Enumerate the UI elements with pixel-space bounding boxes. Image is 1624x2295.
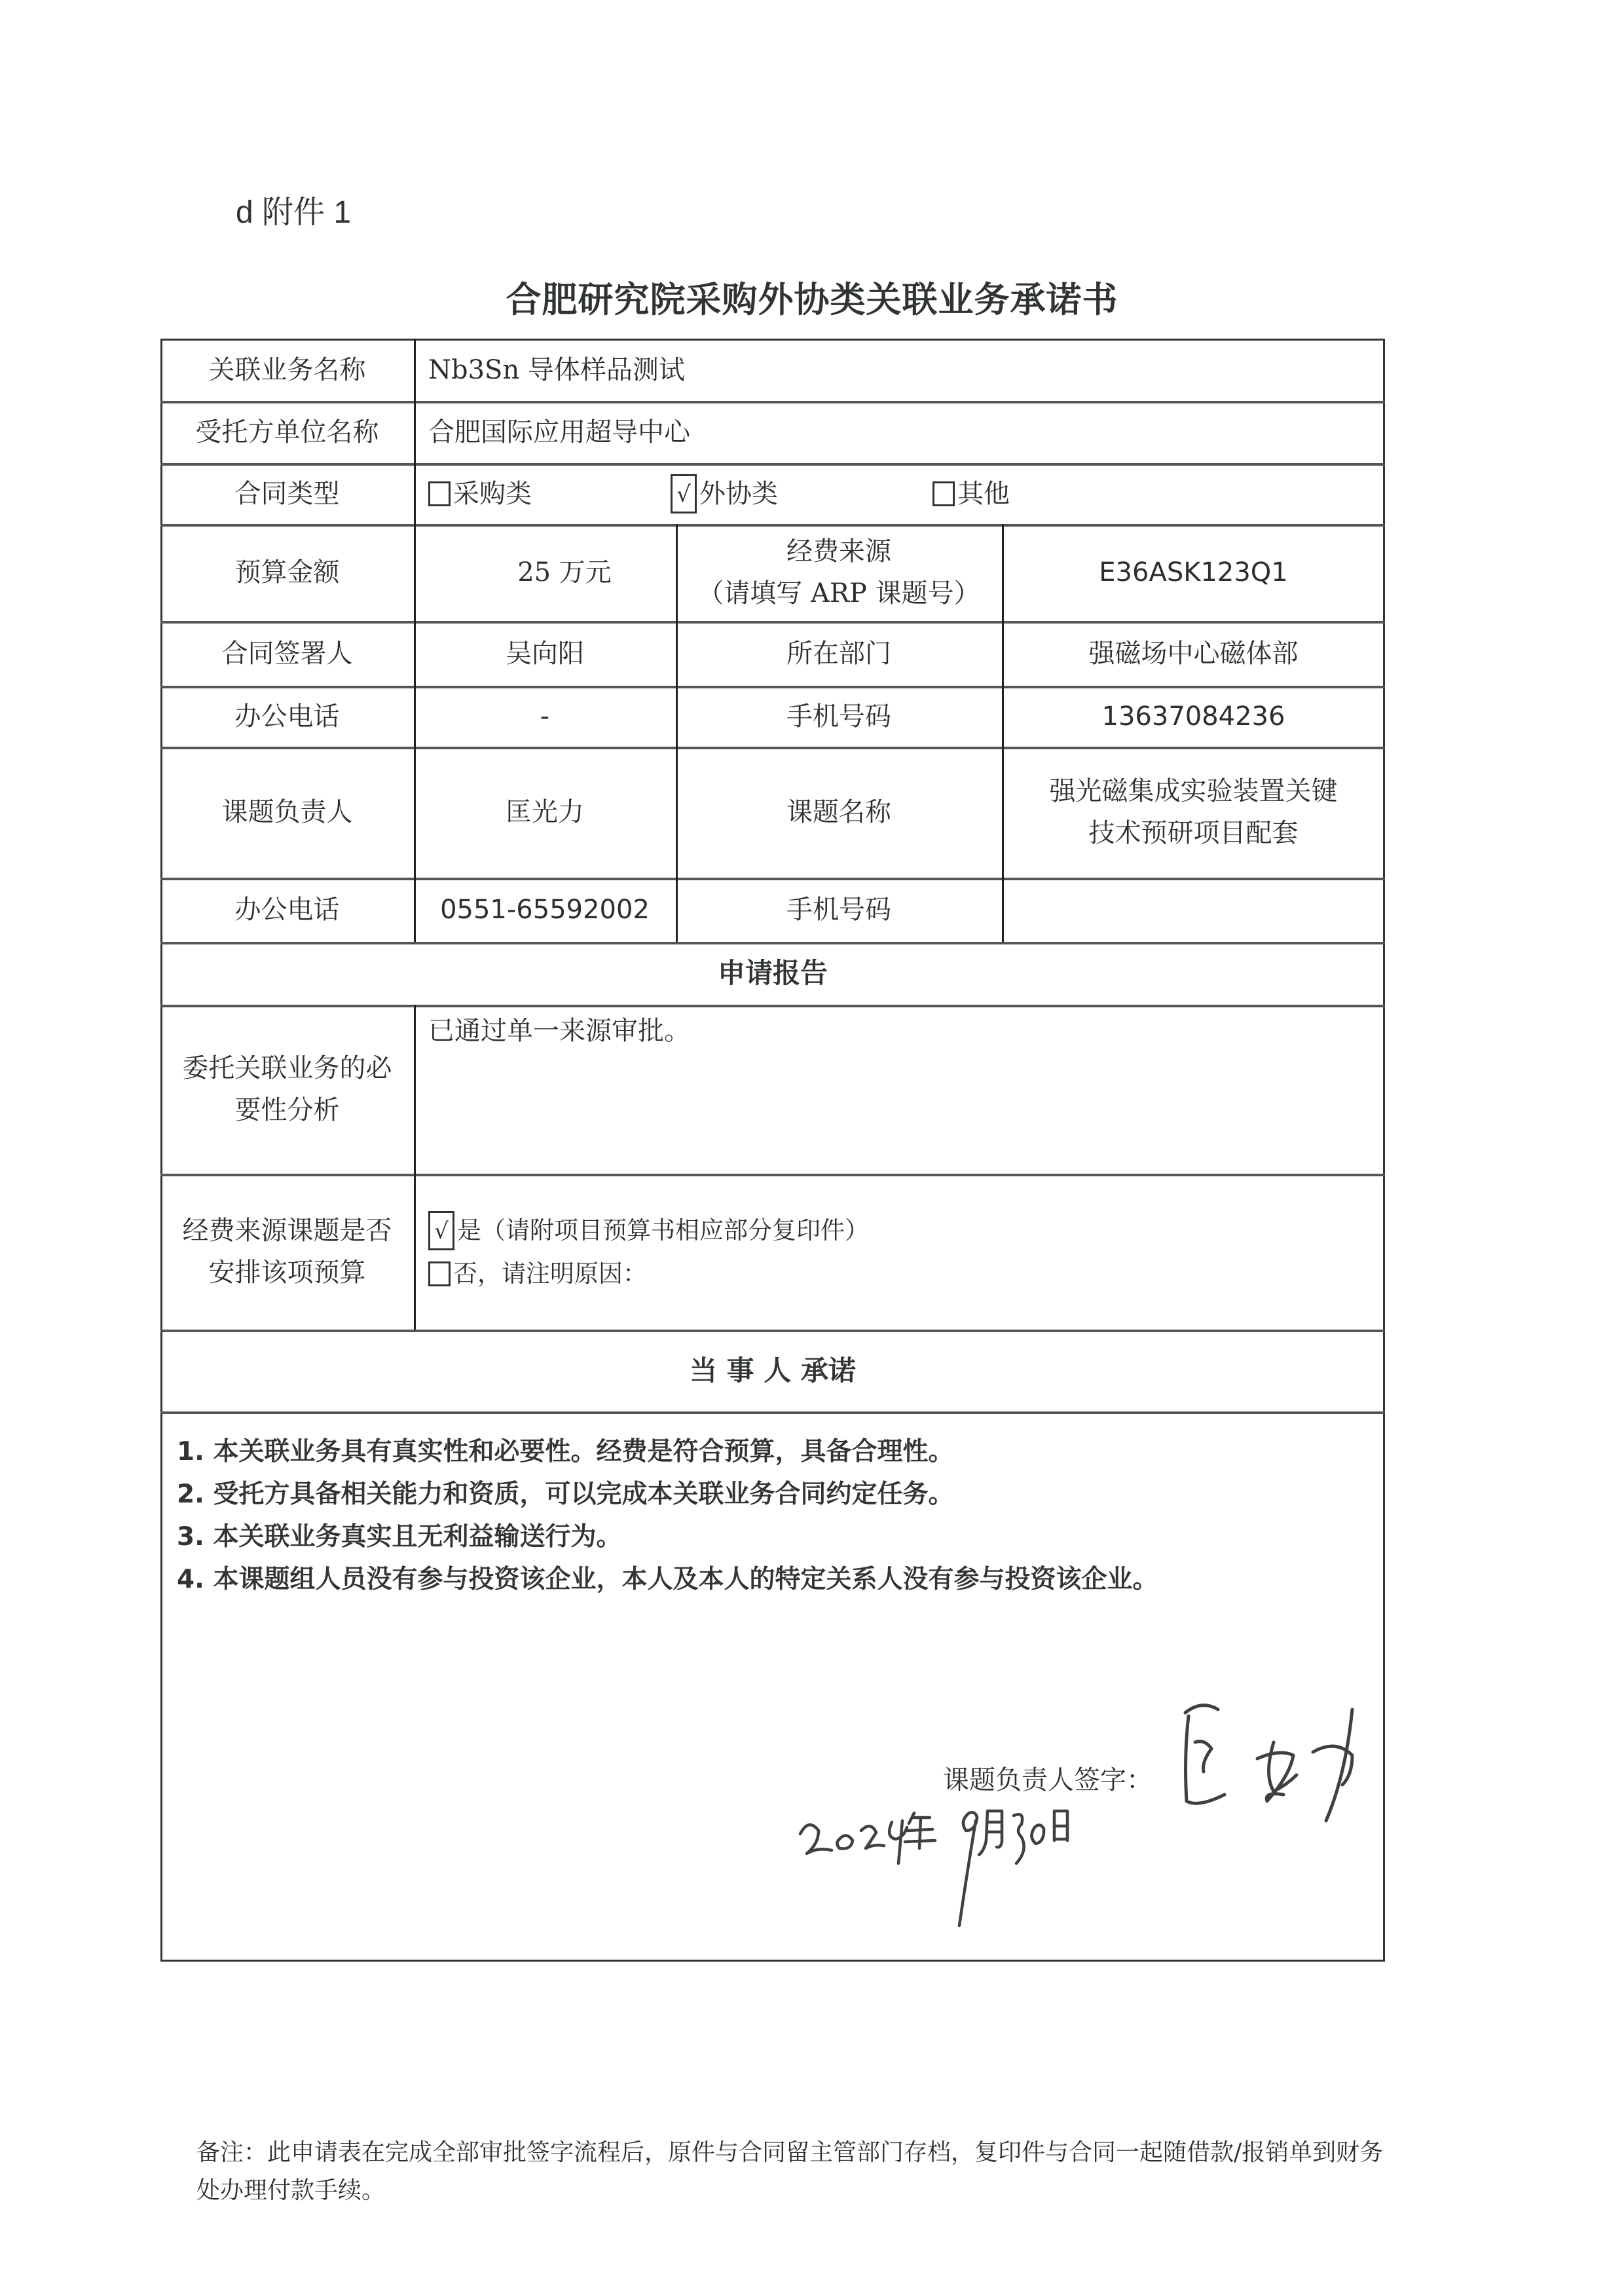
- budget-arranged-no[interactable]: 否，请注明原因：: [428, 1253, 647, 1295]
- footer-note: 备注：此申请表在完成全部审批签字流程后，原件与合同留主管部门存档，复印件与合同一…: [196, 2134, 1395, 2210]
- handwritten-date: 2024年 9月30日: [792, 1801, 1159, 1932]
- contract-type-option-outsourcing[interactable]: √ 外协类: [671, 473, 932, 515]
- budget-arranged-label: 经费来源课题是否 安排该项预算: [160, 1174, 414, 1330]
- option-label: 外协类: [699, 473, 778, 515]
- checkbox-checked-icon[interactable]: √: [428, 1211, 454, 1250]
- budget-arranged-label-line2: 安排该项预算: [209, 1252, 366, 1294]
- project-name-line1: 强光磁集成实验装置关键: [1050, 770, 1338, 812]
- necessity-label: 委托关联业务的必 要性分析: [160, 1005, 414, 1174]
- project-leader-label: 课题负责人: [160, 747, 414, 878]
- contract-type-option-other[interactable]: 其他: [932, 473, 1010, 515]
- option-label: 采购类: [453, 473, 532, 515]
- budget-arranged-label-line1: 经费来源课题是否: [183, 1210, 392, 1252]
- signer-office-phone-value[interactable]: -: [414, 686, 676, 747]
- necessity-label-line2: 要性分析: [235, 1089, 340, 1131]
- funding-source-label: 经费来源 （请填写 ARP 课题号）: [676, 524, 1002, 621]
- attachment-label: d 附件 1: [236, 187, 351, 232]
- leader-office-phone-label: 办公电话: [160, 878, 414, 942]
- option-label: 是（请附项目预算书相应部分复印件）: [457, 1210, 869, 1252]
- budget-arranged-options: √ 是（请附项目预算书相应部分复印件） 否，请注明原因：: [414, 1174, 1385, 1330]
- necessity-value[interactable]: 已通过单一来源审批。: [414, 1005, 1385, 1174]
- budget-label: 预算金额: [160, 524, 414, 621]
- commitment-item: 3. 本关联业务真实且无利益输送行为。: [177, 1516, 622, 1558]
- checkbox-unchecked-icon[interactable]: [932, 481, 955, 506]
- business-name-value[interactable]: Nb3Sn 导体样品测试: [414, 339, 1385, 401]
- project-name-label: 课题名称: [676, 747, 1002, 878]
- leader-office-phone-value[interactable]: 0551-65592002: [414, 878, 676, 942]
- application-report-heading: 申请报告: [160, 942, 1385, 1005]
- commitment-item: 4. 本课题组人员没有参与投资该企业，本人及本人的特定关系人没有参与投资该企业。: [177, 1559, 1158, 1601]
- row-divider: [160, 1411, 1385, 1414]
- signer-mobile-label: 手机号码: [676, 686, 1002, 747]
- leader-mobile-label: 手机号码: [676, 878, 1002, 942]
- checkbox-unchecked-icon[interactable]: [428, 1261, 451, 1286]
- commitment-heading: 当 事 人 承诺: [160, 1330, 1385, 1411]
- necessity-label-line1: 委托关联业务的必: [183, 1047, 392, 1089]
- funding-source-value[interactable]: E36ASK123Q1: [1002, 524, 1385, 621]
- contract-type-options: 采购类 √ 外协类 其他: [414, 463, 1385, 524]
- commitment-item: 1. 本关联业务具有真实性和必要性。经费是符合预算，具备合理性。: [177, 1431, 954, 1473]
- leader-mobile-value[interactable]: [1002, 878, 1385, 942]
- funding-source-label-line1: 经费来源: [786, 531, 891, 572]
- handwritten-signature: 匡光力: [1166, 1677, 1388, 1834]
- document-title: 合肥研究院采购外协类关联业务承诺书: [0, 272, 1624, 322]
- option-label: 其他: [957, 473, 1010, 515]
- project-name-value[interactable]: 强光磁集成实验装置关键 技术预研项目配套: [1002, 747, 1385, 878]
- budget-value[interactable]: 25 万元: [414, 524, 676, 621]
- department-label: 所在部门: [676, 621, 1002, 686]
- contract-type-label: 合同类型: [160, 463, 414, 524]
- business-name-label: 关联业务名称: [160, 339, 414, 401]
- budget-arranged-yes[interactable]: √ 是（请附项目预算书相应部分复印件）: [428, 1210, 869, 1252]
- contract-type-option-procurement[interactable]: 采购类: [428, 473, 671, 515]
- contract-signer-value[interactable]: 吴向阳: [414, 621, 676, 686]
- signer-mobile-value[interactable]: 13637084236: [1002, 686, 1385, 747]
- funding-source-label-line2: （请填写 ARP 课题号）: [697, 572, 980, 614]
- project-name-line2: 技术预研项目配套: [1089, 812, 1299, 854]
- entrusted-unit-value[interactable]: 合肥国际应用超导中心: [414, 401, 1385, 463]
- option-label: 否，请注明原因：: [453, 1253, 647, 1295]
- department-value[interactable]: 强磁场中心磁体部: [1002, 621, 1385, 686]
- commitment-item: 2. 受托方具备相关能力和资质，可以完成本关联业务合同约定任务。: [177, 1474, 954, 1516]
- signature-label: 课题负责人签字：: [943, 1759, 1153, 1797]
- signer-office-phone-label: 办公电话: [160, 686, 414, 747]
- contract-signer-label: 合同签署人: [160, 621, 414, 686]
- checkbox-unchecked-icon[interactable]: [428, 481, 451, 506]
- entrusted-unit-label: 受托方单位名称: [160, 401, 414, 463]
- checkbox-checked-icon[interactable]: √: [671, 474, 697, 513]
- project-leader-value[interactable]: 匡光力: [414, 747, 676, 878]
